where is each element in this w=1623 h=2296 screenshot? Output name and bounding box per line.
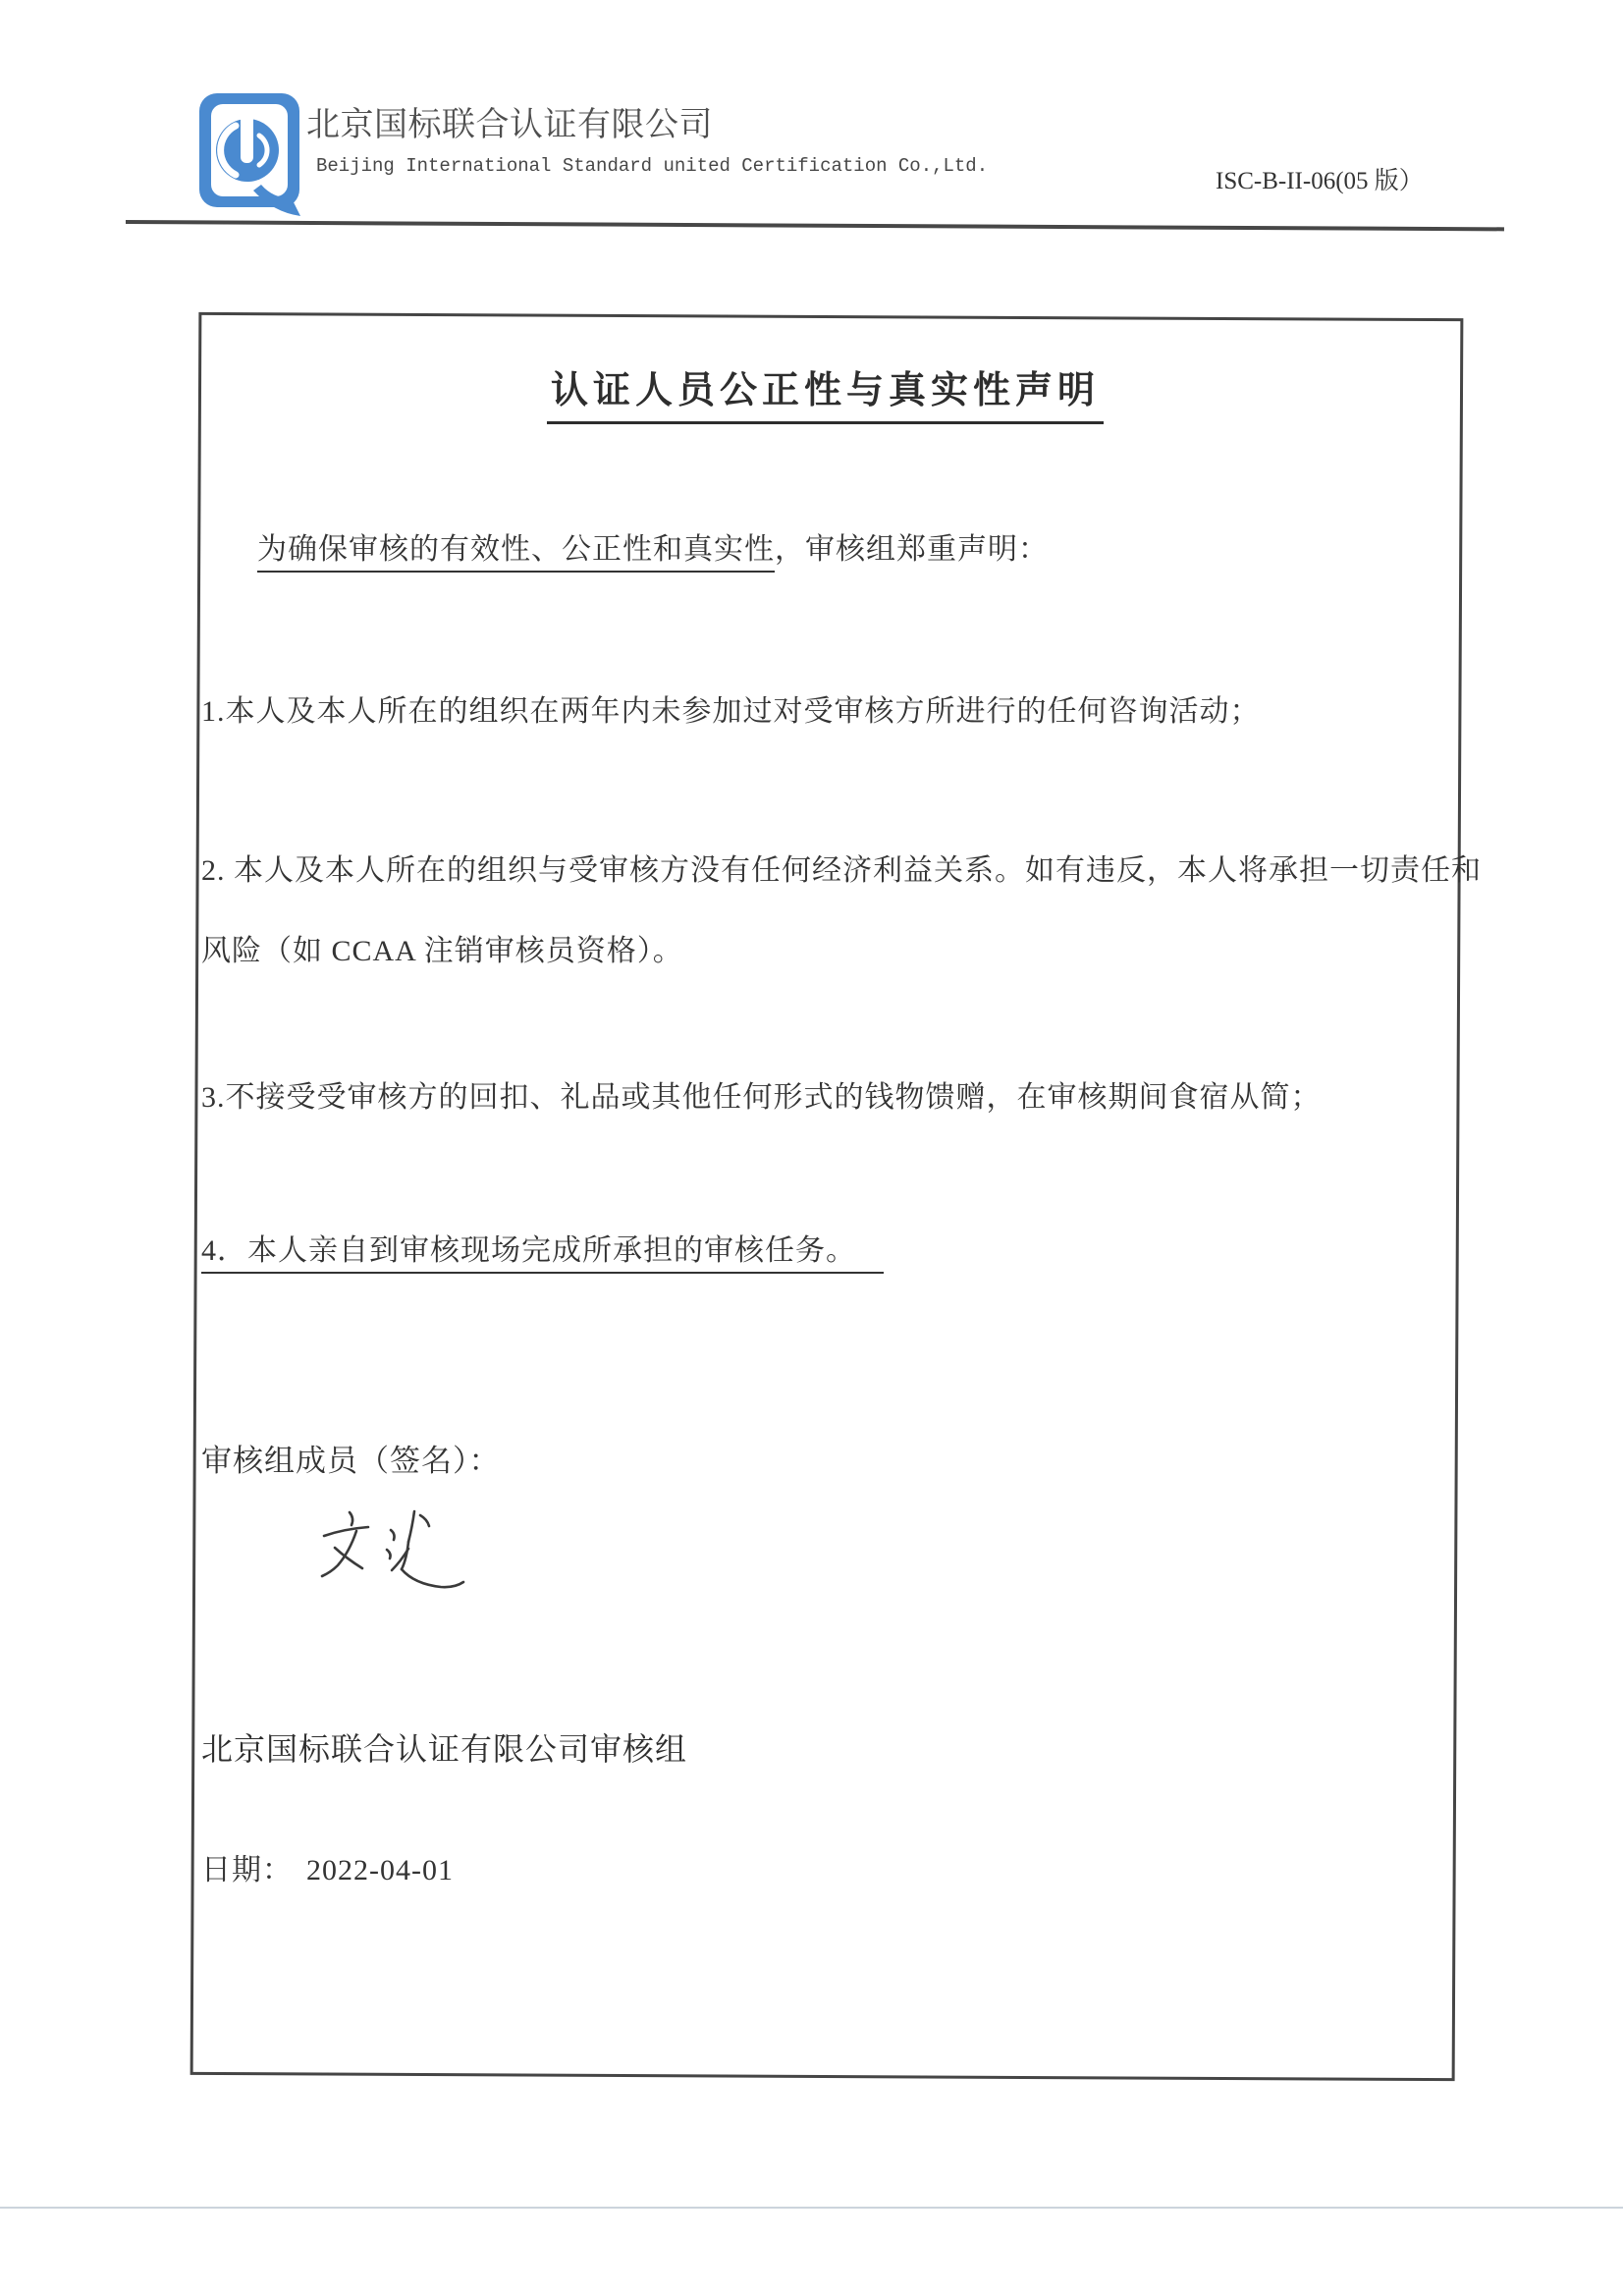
company-name-english: Beijing International Standard united Ce… — [316, 155, 988, 177]
scan-edge-artifact — [0, 2207, 1623, 2209]
handwritten-signature — [312, 1504, 479, 1608]
title-row: 认证人员公正性与真实性声明 — [194, 359, 1456, 424]
declaration-item-4-text: 4．本人亲自到审核现场完成所承担的审核任务。 — [201, 1234, 884, 1274]
document-page: 北京国标联合认证有限公司 Beijing International Stand… — [0, 0, 1623, 2296]
company-name-chinese: 北京国标联合认证有限公司 — [306, 104, 713, 147]
declaration-box-border — [190, 312, 1464, 2081]
intro-paragraph: 为确保审核的有效性、公正性和真实性，审核组郑重声明： — [257, 524, 1049, 568]
declaration-item-3: 3.不接受受审核方的回扣、礼品或其他任何形式的钱物馈赠，在审核期间食宿从简； — [201, 1072, 1322, 1116]
intro-underlined-text: 为确保审核的有效性、公正性和真实性 — [257, 533, 775, 573]
declaration-item-2-line-2: 风险（如 CCAA 注销审核员资格）。 — [201, 926, 683, 969]
date-label: 日期： — [201, 1854, 293, 1886]
declaration-item-4: 4．本人亲自到审核现场完成所承担的审核任务。 — [201, 1226, 884, 1269]
signature-label: 审核组成员（签名）： — [201, 1436, 501, 1480]
date-value: 2022-04-01 — [306, 1854, 454, 1886]
team-name-line: 北京国标联合认证有限公司审核组 — [201, 1724, 687, 1770]
declaration-item-1: 1.本人及本人所在的组织在两年内未参加过对受审核方所进行的任何咨询活动； — [201, 686, 1261, 730]
company-logo-icon — [196, 90, 306, 226]
intro-rest-text: ，审核组郑重声明： — [775, 533, 1049, 566]
form-code: ISC-B-II-06(05 版） — [1216, 161, 1424, 196]
declaration-item-2-line-1: 2. 本人及本人所在的组织与受审核方没有任何经济利益关系。如有违反，本人将承担一… — [201, 846, 1482, 889]
date-line: 日期：2022-04-01 — [201, 1845, 454, 1888]
document-title: 认证人员公正性与真实性声明 — [547, 359, 1104, 424]
header-divider — [126, 220, 1504, 231]
